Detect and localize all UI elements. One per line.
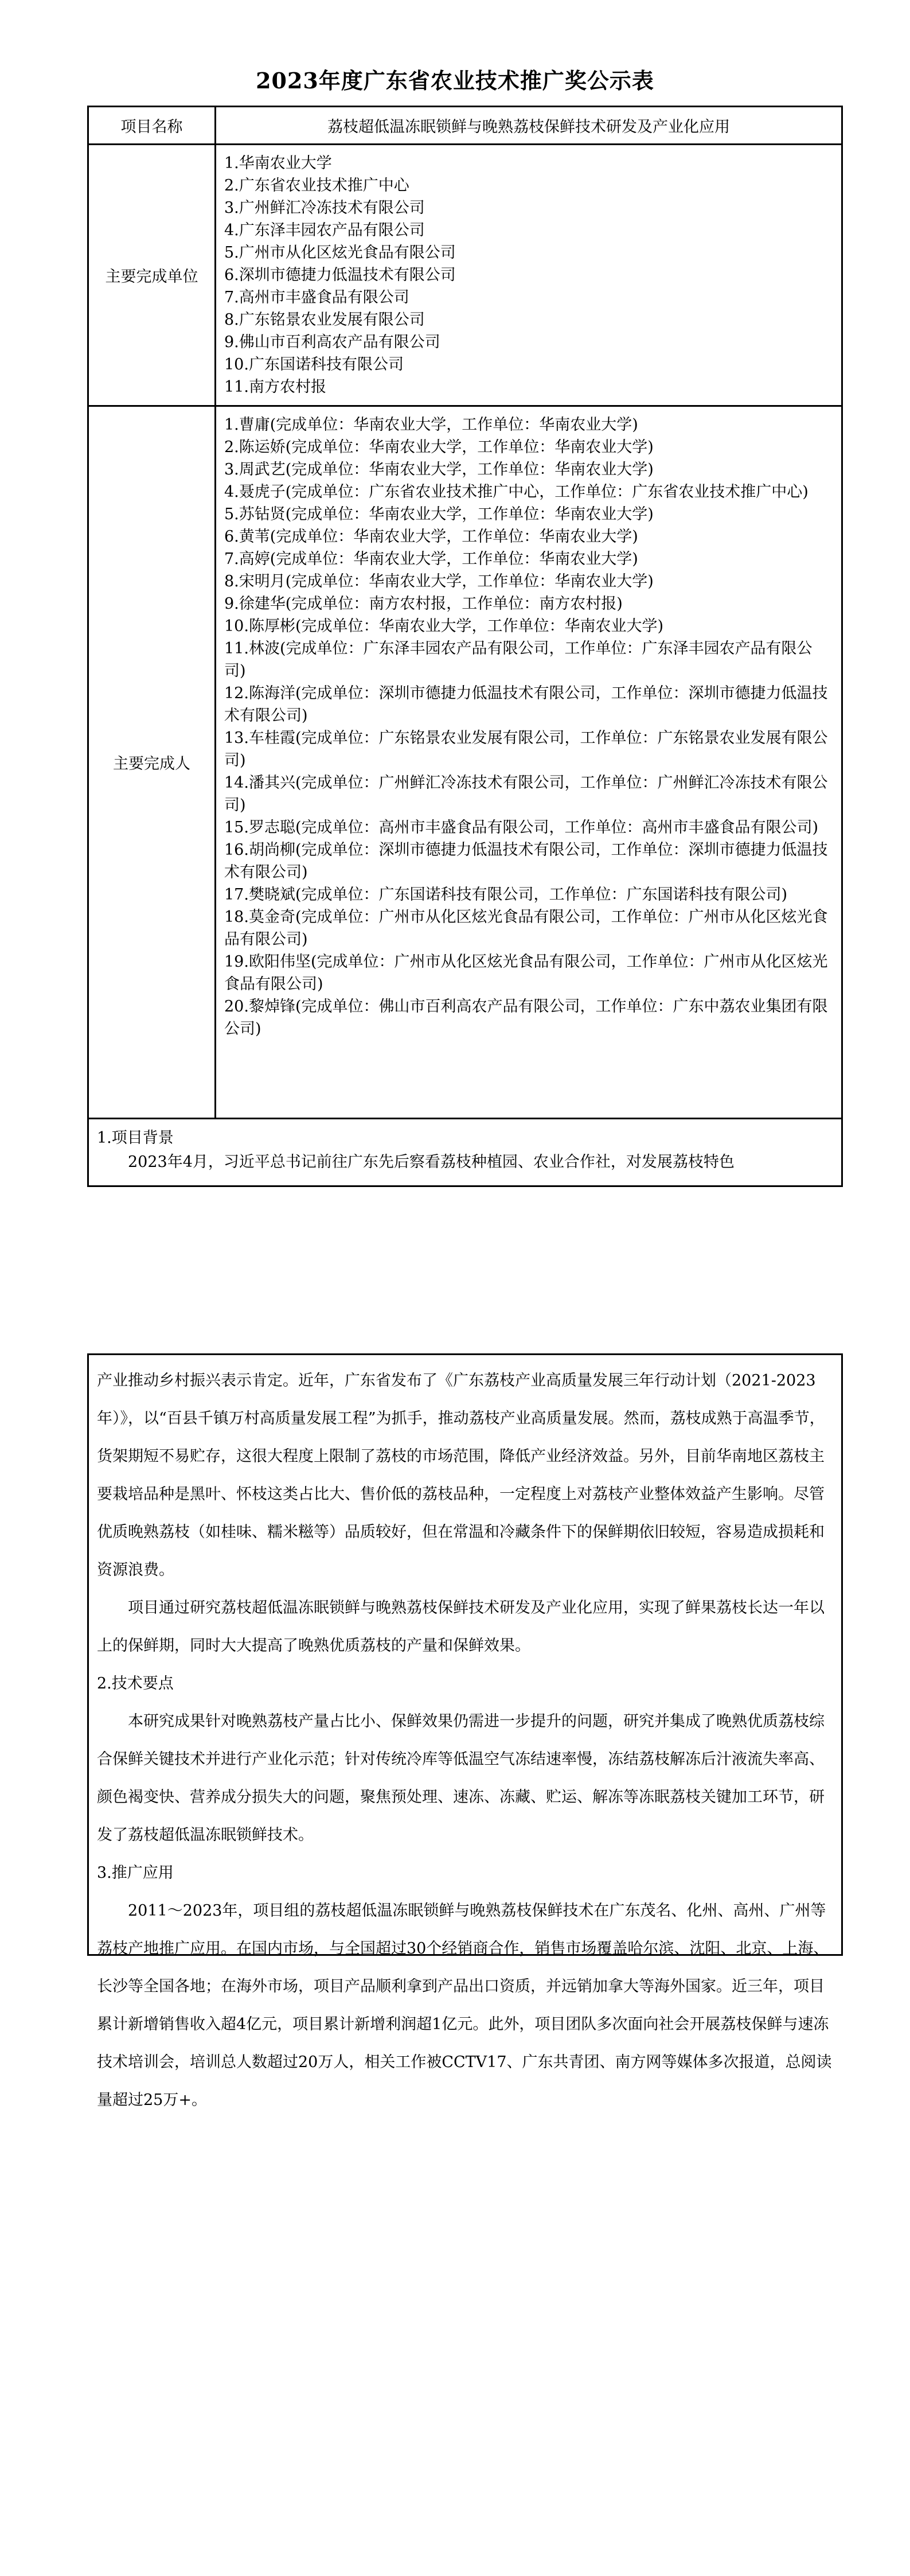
person-item: 6.黄苇(完成单位：华南农业大学，工作单位：华南农业大学) bbox=[224, 526, 833, 548]
person-item: 10.陈厚彬(完成单位：华南农业大学，工作单位：华南农业大学) bbox=[224, 615, 833, 637]
project-name-value: 荔枝超低温冻眠锁鲜与晚熟荔枝保鲜技术研发及产业化应用 bbox=[216, 107, 841, 143]
unit-item: 5.广州市从化区炫光食品有限公司 bbox=[224, 242, 833, 264]
award-table-page-2: 产业推动乡村振兴表示肯定。近年，广东省发布了《广东荔枝产业高质量发展三年行动计划… bbox=[87, 1353, 843, 1956]
unit-item: 8.广东铭景农业发展有限公司 bbox=[224, 309, 833, 331]
unit-item: 10.广东国诺科技有限公司 bbox=[224, 353, 833, 376]
background-heading: 1.项目背景 bbox=[97, 1126, 833, 1150]
units-row: 主要完成单位 1.华南农业大学 2.广东省农业技术推广中心 3.广州鲜汇冷冻技术… bbox=[89, 145, 841, 407]
person-item: 13.车桂霞(完成单位：广东铭景农业发展有限公司，工作单位：广东铭景农业发展有限… bbox=[224, 727, 833, 772]
unit-item: 2.广东省农业技术推广中心 bbox=[224, 174, 833, 197]
person-item: 11.林波(完成单位：广东泽丰园农产品有限公司，工作单位：广东泽丰园农产品有限公… bbox=[224, 637, 833, 682]
persons-list: 1.曹庸(完成单位：华南农业大学，工作单位：华南农业大学) 2.陈运娇(完成单位… bbox=[216, 407, 841, 1118]
person-item: 12.陈海洋(完成单位：深圳市德捷力低温技术有限公司，工作单位：深圳市德捷力低温… bbox=[224, 682, 833, 727]
persons-row: 主要完成人 1.曹庸(完成单位：华南农业大学，工作单位：华南农业大学) 2.陈运… bbox=[89, 407, 841, 1119]
units-list: 1.华南农业大学 2.广东省农业技术推广中心 3.广州鲜汇冷冻技术有限公司 4.… bbox=[216, 145, 841, 405]
person-item: 3.周武艺(完成单位：华南农业大学，工作单位：华南农业大学) bbox=[224, 458, 833, 481]
project-name-label: 项目名称 bbox=[89, 107, 216, 143]
background-text-continued: 产业推动乡村振兴表示肯定。近年，广东省发布了《广东荔枝产业高质量发展三年行动计划… bbox=[97, 1362, 833, 1589]
units-label: 主要完成单位 bbox=[89, 145, 216, 405]
background-row: 1.项目背景 2023年4月，习近平总书记前往广东先后察看荔枝种植园、农业合作社… bbox=[89, 1119, 841, 1187]
page-title: 2023年度广东省农业技术推广奖公示表 bbox=[0, 63, 910, 95]
person-item: 14.潘其兴(完成单位：广州鲜汇冷冻技术有限公司，工作单位：广州鲜汇冷冻技术有限… bbox=[224, 772, 833, 816]
unit-item: 6.深圳市德捷力低温技术有限公司 bbox=[224, 264, 833, 286]
person-item: 1.曹庸(完成单位：华南农业大学，工作单位：华南农业大学) bbox=[224, 414, 833, 436]
person-item: 17.樊晓斌(完成单位：广东国诺科技有限公司，工作单位：广东国诺科技有限公司) bbox=[224, 884, 833, 906]
tech-text: 本研究成果针对晚熟荔枝产量占比小、保鲜效果仍需进一步提升的问题，研究并集成了晚熟… bbox=[97, 1703, 833, 1854]
person-item: 5.苏钻贤(完成单位：华南农业大学，工作单位：华南农业大学) bbox=[224, 503, 833, 526]
unit-item: 3.广州鲜汇冷冻技术有限公司 bbox=[224, 197, 833, 219]
person-item: 18.莫金奇(完成单位：广州市从化区炫光食品有限公司，工作单位：广州市从化区炫光… bbox=[224, 906, 833, 951]
award-table-page-1: 项目名称 荔枝超低温冻眠锁鲜与晚熟荔枝保鲜技术研发及产业化应用 主要完成单位 1… bbox=[87, 106, 843, 1187]
person-item: 2.陈运娇(完成单位：华南农业大学，工作单位：华南农业大学) bbox=[224, 436, 833, 458]
person-item: 8.宋明月(完成单位：华南农业大学，工作单位：华南农业大学) bbox=[224, 570, 833, 593]
unit-item: 1.华南农业大学 bbox=[224, 152, 833, 174]
unit-item: 7.高州市丰盛食品有限公司 bbox=[224, 286, 833, 309]
person-item: 7.高婷(完成单位：华南农业大学，工作单位：华南农业大学) bbox=[224, 548, 833, 570]
project-name-row: 项目名称 荔枝超低温冻眠锁鲜与晚熟荔枝保鲜技术研发及产业化应用 bbox=[89, 107, 841, 145]
person-item: 19.欧阳伟坚(完成单位：广州市从化区炫光食品有限公司，工作单位：广州市从化区炫… bbox=[224, 951, 833, 995]
tech-heading: 2.技术要点 bbox=[97, 1665, 833, 1703]
promotion-heading: 3.推广应用 bbox=[97, 1854, 833, 1892]
unit-item: 11.南方农村报 bbox=[224, 376, 833, 398]
unit-item: 9.佛山市百利高农产品有限公司 bbox=[224, 331, 833, 353]
person-item: 4.聂虎子(完成单位：广东省农业技术推广中心，工作单位：广东省农业技术推广中心) bbox=[224, 481, 833, 503]
background-summary: 项目通过研究荔枝超低温冻眠锁鲜与晚熟荔枝保鲜技术研发及产业化应用，实现了鲜果荔枝… bbox=[97, 1589, 833, 1665]
persons-label: 主要完成人 bbox=[89, 407, 216, 1118]
person-item: 20.黎焯锋(完成单位：佛山市百利高农产品有限公司，工作单位：广东中荔农业集团有… bbox=[224, 995, 833, 1040]
person-item: 9.徐建华(完成单位：南方农村报，工作单位：南方农村报) bbox=[224, 593, 833, 615]
promotion-text: 2011～2023年，项目组的荔枝超低温冻眠锁鲜与晚熟荔枝保鲜技术在广东茂名、化… bbox=[97, 1892, 833, 2119]
unit-item: 4.广东泽丰园农产品有限公司 bbox=[224, 219, 833, 242]
background-text-start: 2023年4月，习近平总书记前往广东先后察看荔枝种植园、农业合作社，对发展荔枝特… bbox=[97, 1150, 833, 1174]
person-item: 15.罗志聪(完成单位：高州市丰盛食品有限公司，工作单位：高州市丰盛食品有限公司… bbox=[224, 816, 833, 839]
person-item: 16.胡尚柳(完成单位：深圳市德捷力低温技术有限公司，工作单位：深圳市德捷力低温… bbox=[224, 839, 833, 884]
